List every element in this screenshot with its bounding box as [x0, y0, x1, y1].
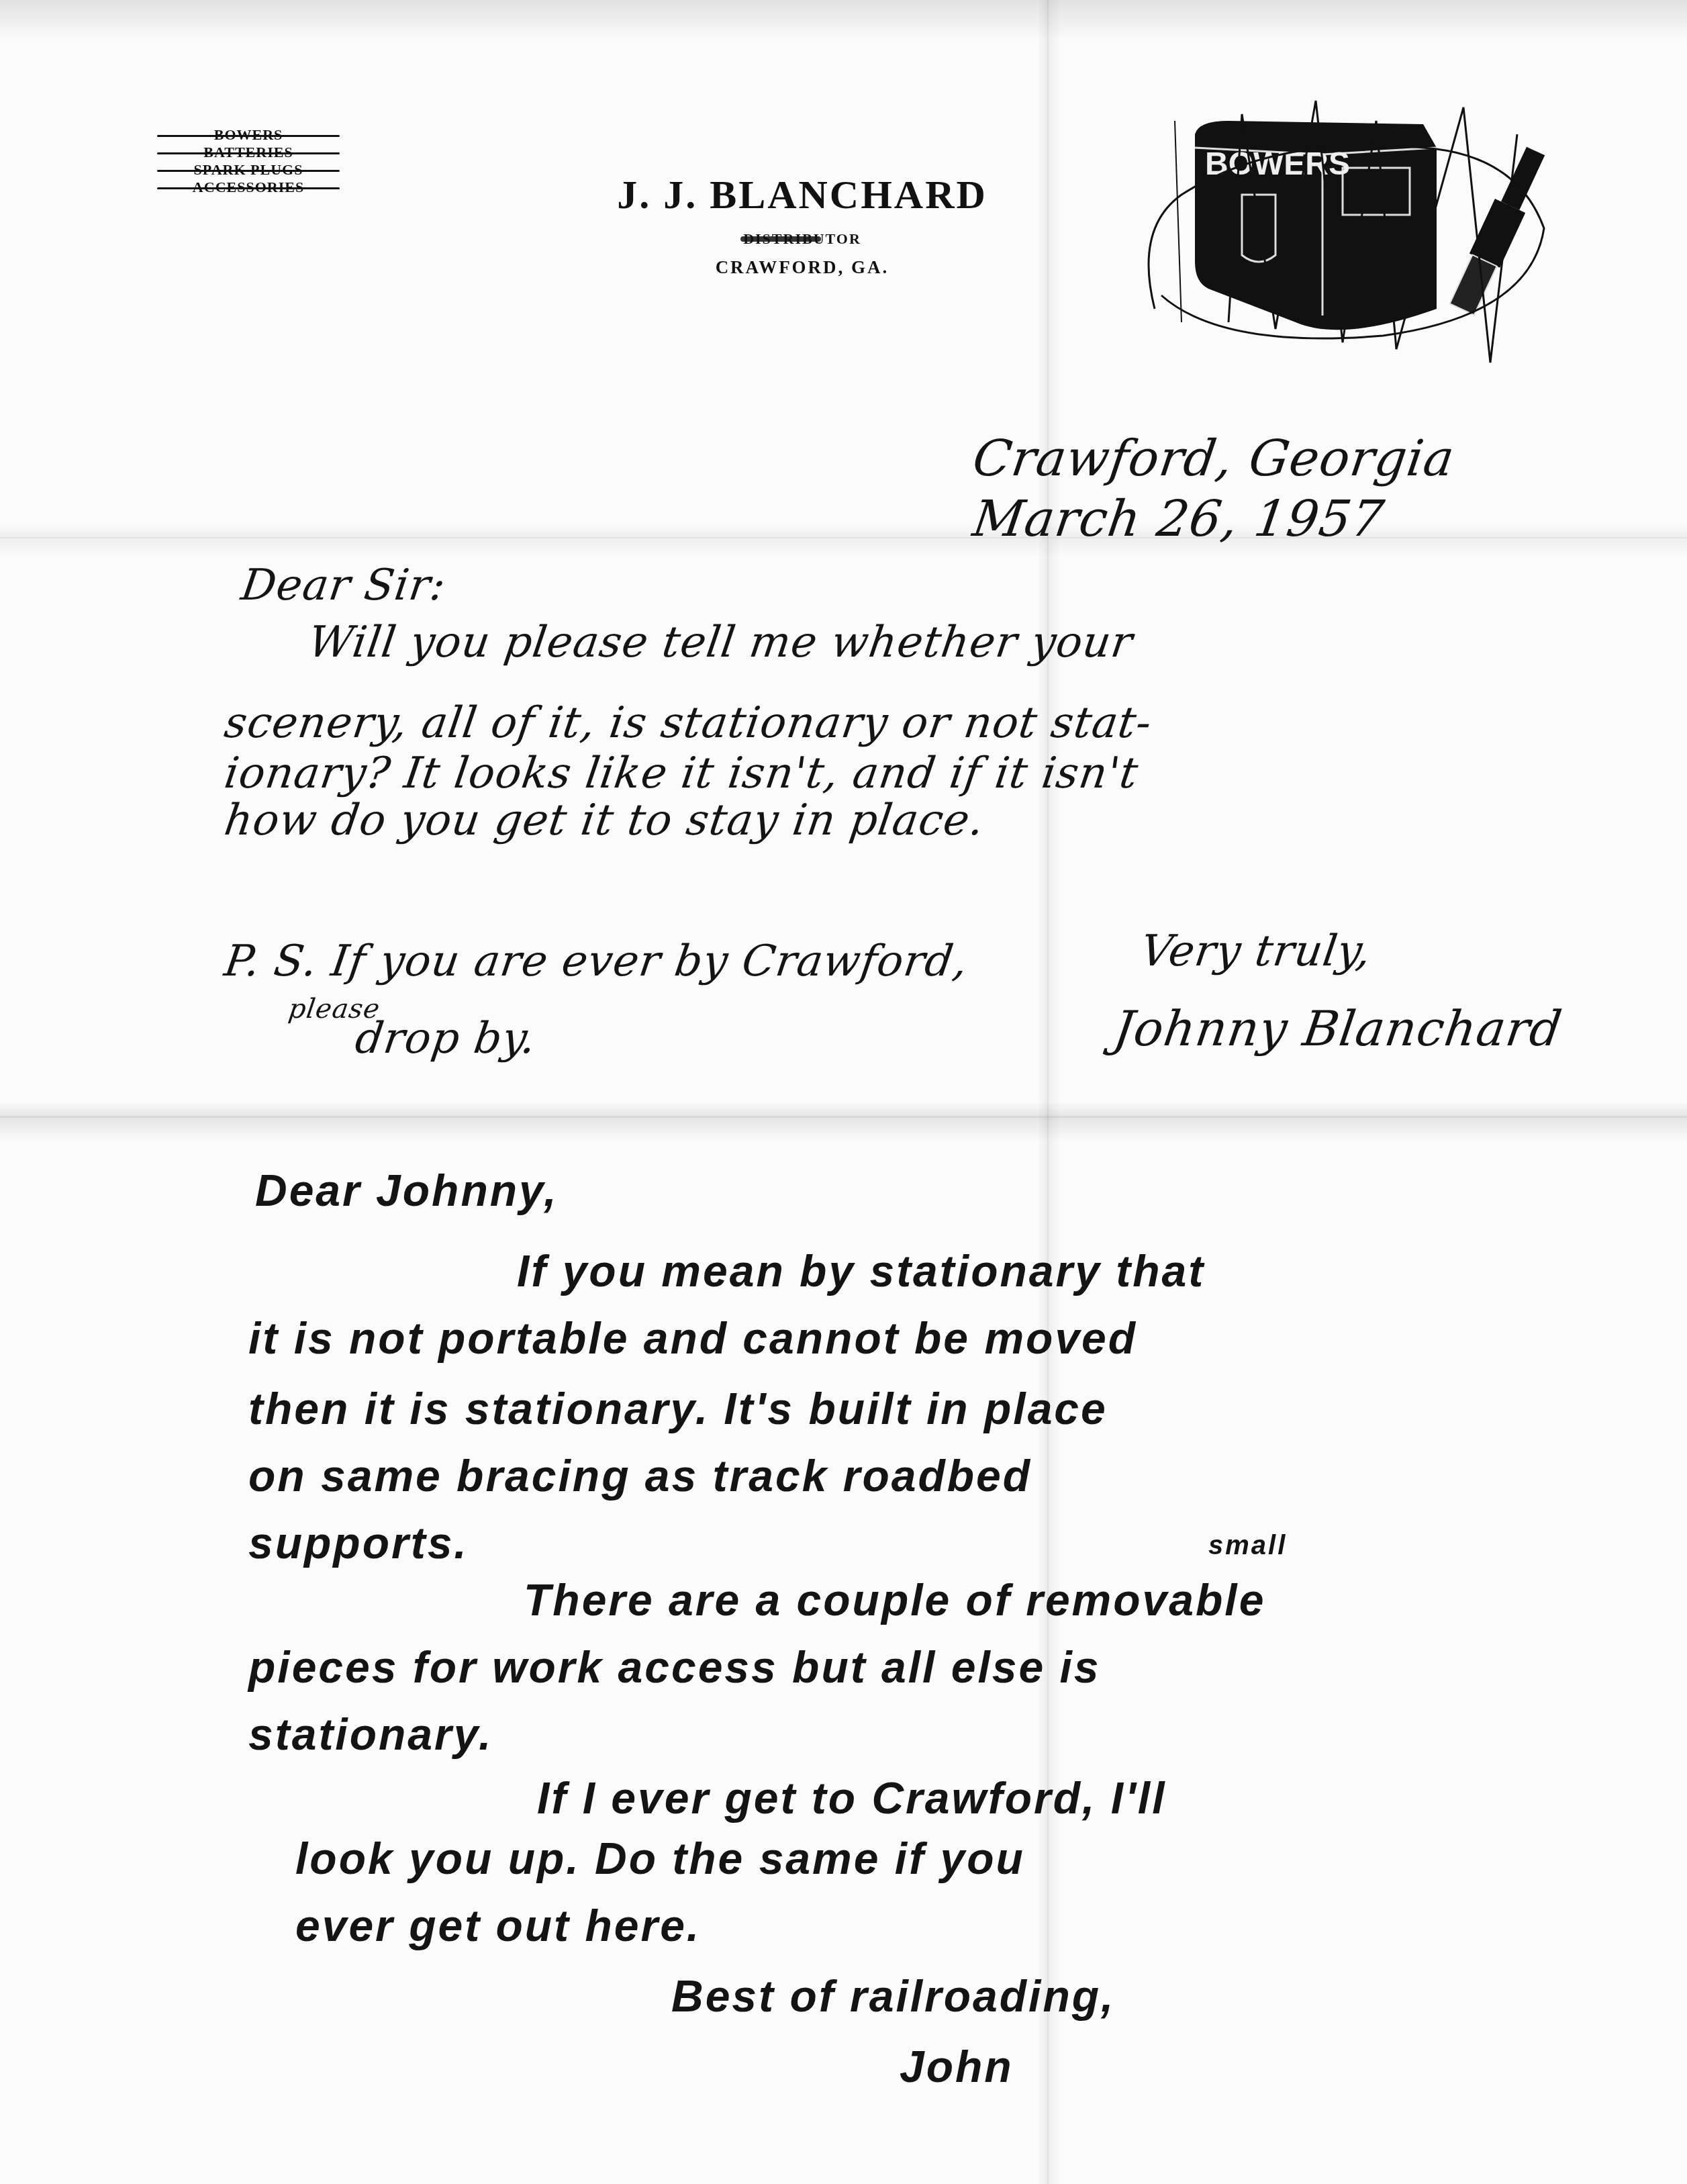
letterhead-product-lines: BOWERS BATTERIES SPARK PLUGS ACCESSORIES: [161, 126, 336, 196]
battery-and-spark-plug-icon: BOWERS: [1141, 94, 1571, 376]
product-line: ACCESSORIES: [161, 179, 336, 196]
paper-fold-middle: [0, 1116, 1687, 1118]
reply-insert: small: [1208, 1531, 1287, 1561]
company-name: J. J. BLANCHARD: [524, 171, 1081, 218]
reply-line: pieces for work access but all else is: [248, 1642, 1101, 1693]
company-city: CRAWFORD, GA.: [524, 257, 1081, 278]
postscript-line: drop by.: [352, 1014, 540, 1063]
letter-body-line: scenery, all of it, is stationary or not…: [222, 698, 1155, 748]
reply-line: stationary.: [248, 1709, 493, 1760]
reply-line: If I ever get to Crawford, I'll: [537, 1772, 1167, 1823]
reply-closing: Best of railroading,: [671, 1971, 1115, 2022]
product-line: SPARK PLUGS: [161, 161, 336, 179]
scribble-strike: [740, 236, 821, 242]
reply-line: then it is stationary. It's built in pla…: [248, 1383, 1108, 1434]
company-title: DISTRIBUTOR: [743, 230, 861, 248]
letter-date: March 26, 1957: [969, 490, 1388, 548]
paper-fold-vertical: [1047, 0, 1049, 2184]
reply-line: it is not portable and cannot be moved: [248, 1313, 1137, 1364]
product-line: BATTERIES: [161, 144, 336, 161]
reply-signature: John: [900, 2041, 1014, 2092]
letter-body-line: how do you get it to stay in place.: [222, 796, 987, 845]
reply-line: look you up. Do the same if you: [295, 1833, 1025, 1884]
product-line: BOWERS: [161, 126, 336, 144]
letter-closing: Very truly,: [1138, 927, 1375, 976]
letter-body-line: Will you please tell me whether your: [305, 618, 1136, 667]
paper-fold-top: [0, 537, 1687, 538]
reply-line: If you mean by stationary that: [517, 1245, 1205, 1296]
letter-body-line: ionary? It looks like it isn't, and if i…: [222, 749, 1142, 798]
reply-line: There are a couple of removable: [524, 1574, 1265, 1625]
letter-place: Crawford, Georgia: [969, 430, 1458, 487]
reply-line: supports.: [248, 1517, 469, 1568]
svg-text:BOWERS: BOWERS: [1205, 146, 1350, 182]
letter-signature: Johnny Blanchard: [1110, 1000, 1565, 1057]
reply-line: on same bracing as track roadbed: [248, 1450, 1032, 1501]
postscript-line: P. S. If you are ever by Crawford,: [222, 937, 971, 986]
reply-line: ever get out here.: [295, 1900, 701, 1951]
reply-salutation: Dear Johnny,: [255, 1165, 559, 1216]
letter-salutation: Dear Sir:: [238, 561, 449, 610]
letterhead-center: J. J. BLANCHARD DISTRIBUTOR CRAWFORD, GA…: [524, 171, 1081, 278]
